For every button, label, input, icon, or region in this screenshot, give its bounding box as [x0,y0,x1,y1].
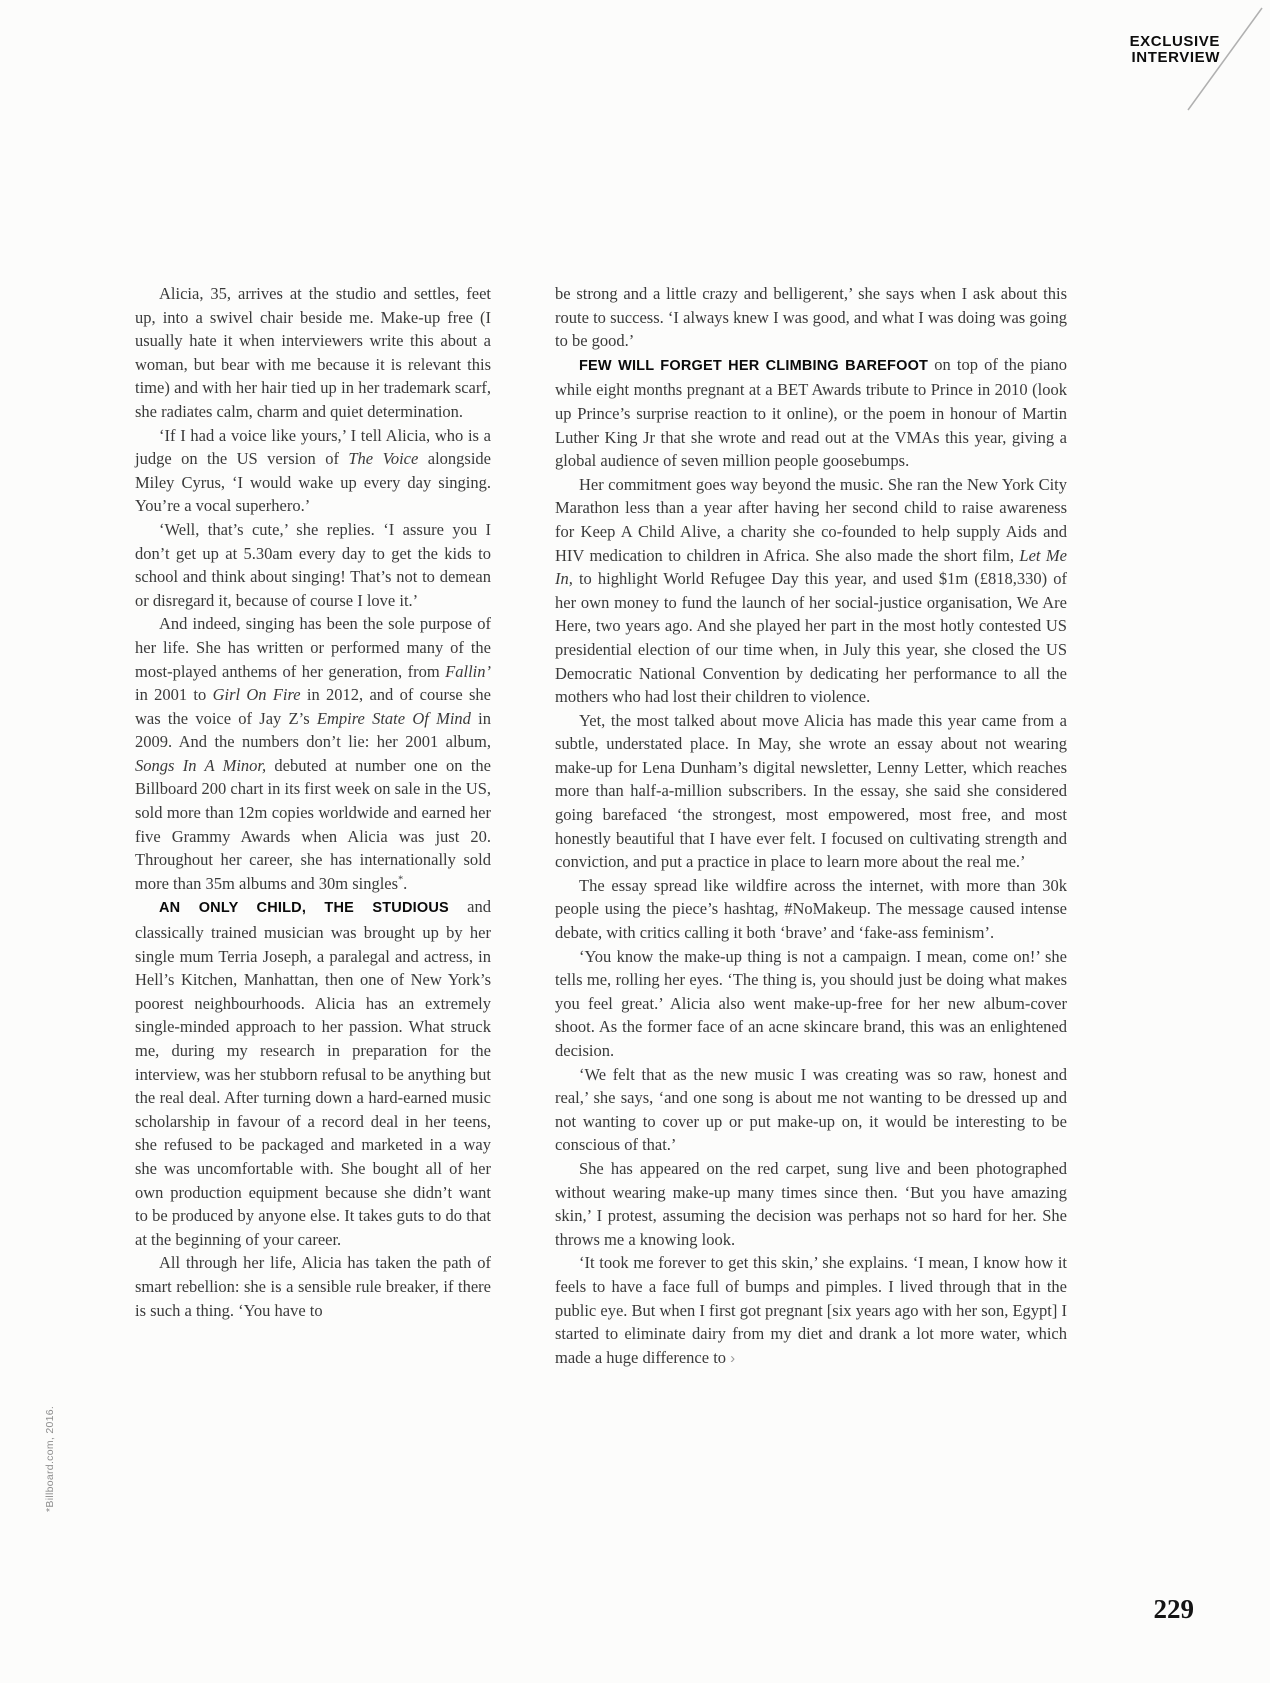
diagonal-rule [1130,0,1270,190]
text-run: ‘Well, that’s cute,’ she replies. ‘I ass… [135,520,491,610]
text-run: Songs In A Minor, [135,756,266,775]
paragraph: ‘You know the make-up thing is not a cam… [555,945,1067,1063]
paragraph: ‘We felt that as the new music I was cre… [555,1063,1067,1157]
section-tag-line2: INTERVIEW [1130,50,1220,66]
article-column-right: be strong and a little crazy and bellige… [555,282,1067,1370]
paragraph: Alicia, 35, arrives at the studio and se… [135,282,491,424]
source-footnote: *Billboard.com, 2016. [44,1406,56,1512]
paragraph: ‘Well, that’s cute,’ she replies. ‘I ass… [135,518,491,612]
text-run: And indeed, singing has been the sole pu… [135,614,491,680]
text-run: ‘It took me forever to get this skin,’ s… [555,1253,1067,1366]
paragraph: And indeed, singing has been the sole pu… [135,612,491,895]
text-run: ‘You know the make-up thing is not a cam… [555,947,1067,1060]
continuation-arrow: › [730,1350,735,1367]
text-run: . [403,874,407,893]
text-run: debuted at number one on the Billboard 2… [135,756,491,893]
paragraph: AN ONLY CHILD, THE STUDIOUS and classica… [135,895,491,1251]
text-run: Fallin’ [445,662,491,681]
text-run: She has appeared on the red carpet, sung… [555,1159,1067,1249]
text-run: Yet, the most talked about move Alicia h… [555,711,1067,872]
paragraph: The essay spread like wildfire across th… [555,874,1067,945]
text-run: Alicia, 35, arrives at the studio and se… [135,284,491,421]
paragraph: She has appeared on the red carpet, sung… [555,1157,1067,1251]
page-number: 229 [1154,1594,1195,1625]
paragraph: ‘If I had a voice like yours,’ I tell Al… [135,424,491,518]
text-run: Empire State Of Mind [317,709,471,728]
section-tag: EXCLUSIVE INTERVIEW [1130,34,1220,66]
section-tag-line1: EXCLUSIVE [1130,34,1220,50]
text-run: in 2001 to [135,685,213,704]
text-run: be strong and a little crazy and bellige… [555,284,1067,350]
paragraph: be strong and a little crazy and bellige… [555,282,1067,353]
text-run: Girl On Fire [213,685,301,704]
paragraph: Yet, the most talked about move Alicia h… [555,709,1067,874]
article-body: Alicia, 35, arrives at the studio and se… [135,282,1067,1370]
text-run: AN ONLY CHILD, THE STUDIOUS [159,900,449,916]
paragraph: ‘It took me forever to get this skin,’ s… [555,1251,1067,1370]
text-run: to highlight World Refugee Day this year… [555,569,1067,706]
text-run: Her commitment goes way beyond the music… [555,475,1067,565]
text-run: FEW WILL FORGET HER CLIMBING BAREFOOT [579,358,928,374]
text-run: All through her life, Alicia has taken t… [135,1253,491,1319]
paragraph: All through her life, Alicia has taken t… [135,1251,491,1322]
text-run: The essay spread like wildfire across th… [555,876,1067,942]
article-column-left: Alicia, 35, arrives at the studio and se… [135,282,491,1370]
text-run: and classically trained musician was bro… [135,897,491,1248]
text-run: The Voice [348,449,418,468]
text-run: ‘We felt that as the new music I was cre… [555,1065,1067,1155]
paragraph: Her commitment goes way beyond the music… [555,473,1067,709]
paragraph: FEW WILL FORGET HER CLIMBING BAREFOOT on… [555,353,1067,473]
